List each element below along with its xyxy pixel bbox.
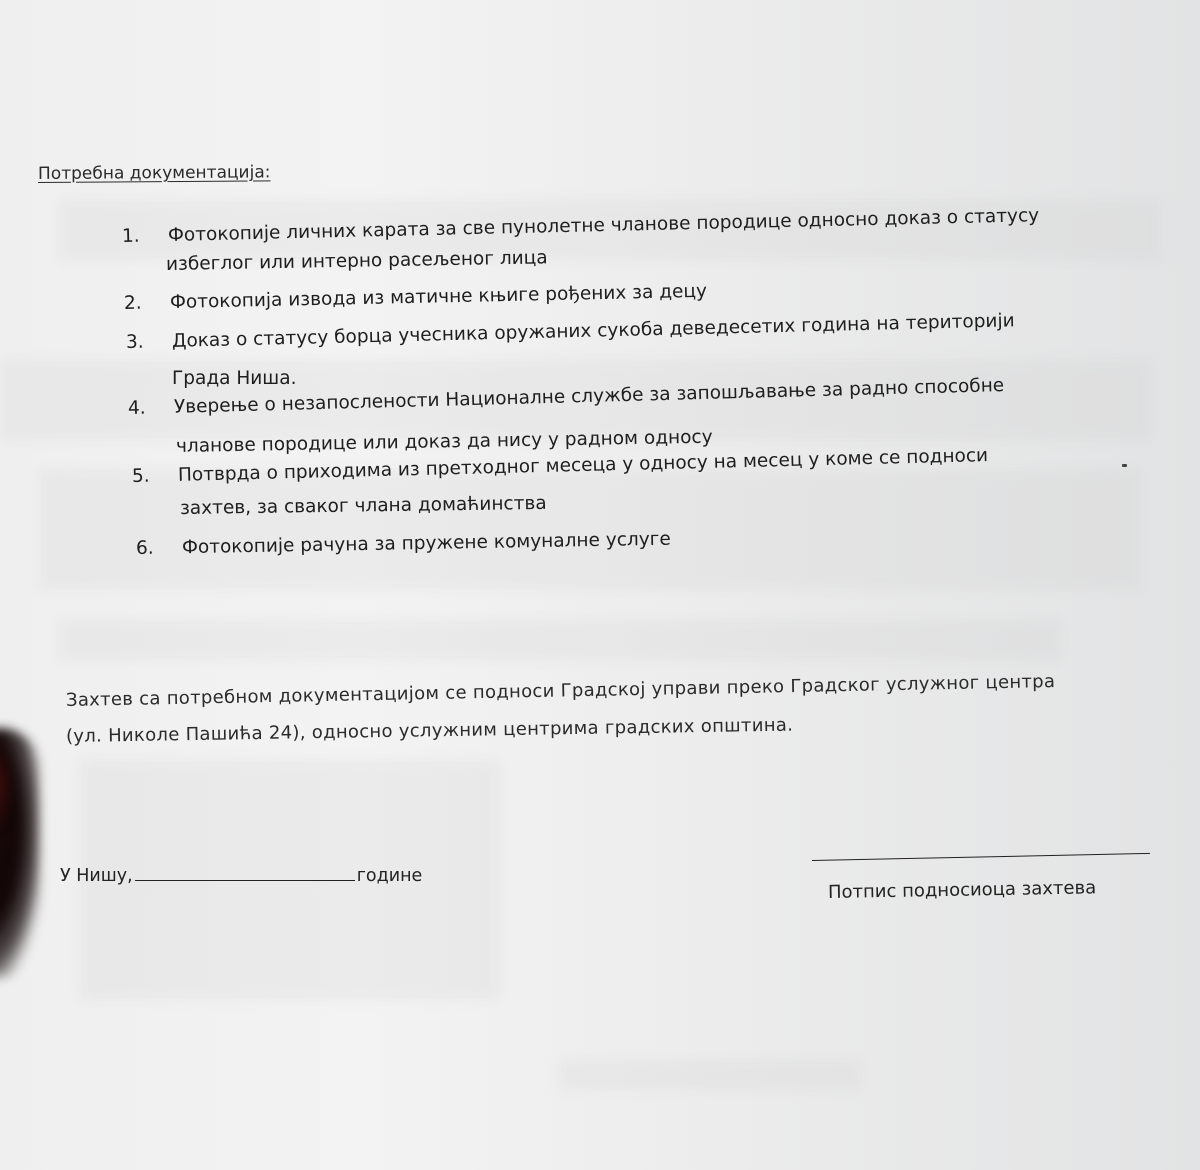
- item-number: 5.: [132, 465, 178, 487]
- date-blank-field[interactable]: [135, 880, 355, 881]
- place-date-line: У Нишу,године: [60, 866, 422, 886]
- item-number: 2.: [124, 292, 170, 314]
- item-number: 1.: [122, 225, 168, 247]
- signature-line[interactable]: [812, 853, 1150, 861]
- bleed-through-text: [560, 1060, 860, 1090]
- submission-note-line: Захтев са потребном документацијом се по…: [66, 671, 1056, 711]
- submission-note-line: (ул. Николе Пашића 24), односно услужним…: [66, 715, 793, 747]
- item-continuation: Града Ниша.: [172, 368, 296, 389]
- item-number: 6.: [136, 537, 182, 559]
- finger-tint: [0, 740, 10, 830]
- item-text: Фотокопија извода из матичне књиге рођен…: [170, 281, 707, 313]
- document-page: Потребна документација: 1.Фотокопије лич…: [0, 0, 1200, 1170]
- ink-speck: [1122, 464, 1127, 467]
- item-text: Доказ о статусу борца учесника оружаних …: [172, 310, 1015, 352]
- place-suffix: године: [357, 866, 423, 886]
- item-number: 4.: [128, 397, 175, 419]
- list-item: 3.Доказ о статусу борца учесника оружани…: [126, 310, 1015, 353]
- bleed-through-text: [60, 620, 1060, 660]
- section-heading: Потребна документација:: [38, 162, 271, 184]
- list-item: 2.Фотокопија извода из матичне књиге рођ…: [124, 281, 707, 314]
- place-prefix: У Нишу,: [60, 866, 133, 886]
- signature-label: Потпис подносиоца захтева: [828, 877, 1097, 903]
- item-number: 3.: [126, 331, 172, 353]
